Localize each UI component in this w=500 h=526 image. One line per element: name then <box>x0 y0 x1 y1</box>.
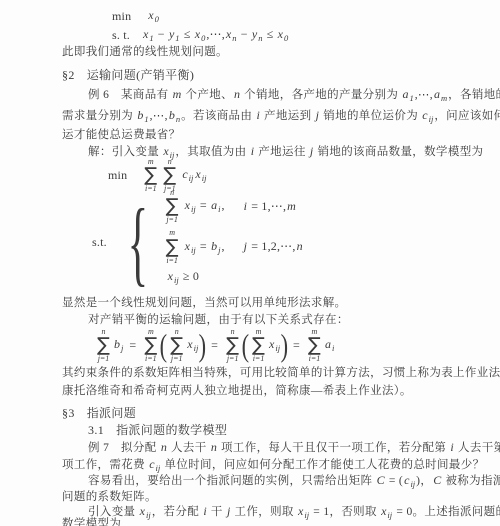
constraint-body: xij = ai, <box>184 198 225 214</box>
sigma-icon: ∑ <box>252 336 265 354</box>
index-range: i = 1,⋯,m <box>243 199 297 214</box>
objective-variable: x0 <box>147 8 160 24</box>
equals-sign: = <box>211 338 218 353</box>
sum-lower-limit: j=1 <box>166 215 178 224</box>
sum-lower-limit: i=1 <box>166 256 178 265</box>
equals-sign: = <box>129 338 136 353</box>
formula-minimax-objective: min x0 <box>112 8 160 24</box>
summation: n ∑ j=1 <box>97 327 110 363</box>
section3-heading: §3指派问题 <box>62 406 136 421</box>
summation-i: m ∑ i=1 <box>166 228 179 264</box>
example6-line3: 运才能使总运费最省？ <box>62 128 181 143</box>
balance-identity-formula: n ∑ j=1 bj = m ∑ i=1 ( n ∑ j=1 xij ) = n… <box>94 327 335 363</box>
constraint-row-demand: m ∑ i=1 xij = bj, j = 1,2,⋯,n <box>163 228 304 264</box>
min-operator: min <box>108 168 127 183</box>
section2-heading: §2运输问题(产销平衡) <box>62 68 194 83</box>
term-bj: bj <box>113 337 124 353</box>
left-paren-glyph: ( <box>160 329 168 361</box>
sigma-icon: ∑ <box>144 166 157 184</box>
subsection31-heading: 3.1指派问题的数学模型 <box>88 423 227 438</box>
sum-lower-limit: i=1 <box>145 354 157 363</box>
sigma-icon: ∑ <box>166 197 179 215</box>
table-method-line1: 其约束条件的系数矩阵相当特殊，可用比较简单的计算方法，习惯上称为表上作业法（由 <box>62 366 500 381</box>
remark-linear-programming: 此即我们通常的线性规划问题。 <box>62 45 228 60</box>
formula-minimax-constraints: s. t. x1 − y1 ≤ x0,⋯,xn − yn ≤ x0 <box>112 27 289 43</box>
summation: n ∑ j=1 <box>226 327 239 363</box>
sigma-icon: ∑ <box>226 336 239 354</box>
section3-title: 指派问题 <box>87 406 136 420</box>
section2-title: 运输问题(产销平衡) <box>87 68 195 82</box>
summation: n ∑ j=1 <box>170 327 183 363</box>
constraint-row-nonnegative: xij ≥ 0 <box>163 269 304 285</box>
assignment-variable-line1: 引入变量 xij，若分配 i 干 j 工作，则取 xij = 1，否则取 xij… <box>88 504 500 523</box>
constraint-row-supply: n ∑ j=1 xij = ai, i = 1,⋯,m <box>163 188 304 224</box>
sigma-icon: ∑ <box>308 336 321 354</box>
summation: m ∑ i=1 <box>252 327 265 363</box>
document-page: min x0 s. t. x1 − y1 ≤ x0,⋯,xn − yn ≤ x0… <box>0 0 500 526</box>
subject-to-label: s. t. <box>112 28 130 43</box>
section2-number: §2 <box>62 68 75 82</box>
sigma-icon: ∑ <box>163 166 176 184</box>
summation-j: n ∑ j=1 <box>166 188 179 224</box>
table-method-line2: 康托洛维奇和希奇柯克两人独立地提出，简称康—希表上作业法）。 <box>62 384 412 399</box>
sigma-icon: ∑ <box>166 238 179 256</box>
subsection31-title: 指派问题的数学模型 <box>116 423 227 437</box>
term-xij: xij <box>186 337 199 353</box>
left-brace-glyph: { <box>127 195 148 290</box>
constraint-body: xij ≥ 0 <box>167 269 199 285</box>
example6-line2: 需求量分别为 b1,⋯,bn。若该商品由 i 产地运到 j 销地的单位运价为 c… <box>62 108 500 127</box>
summation: m ∑ i=1 <box>308 327 321 363</box>
right-paren-glyph: ) <box>281 329 289 361</box>
sum-lower-limit: i=1 <box>253 354 265 363</box>
equals-sign: = <box>293 338 300 353</box>
assignment-variable-line2: 数学模型为 <box>62 517 121 526</box>
index-range: j = 1,2,⋯,n <box>243 239 304 254</box>
summation: m ∑ i=1 <box>144 327 157 363</box>
matrix-remark-line2: 问题的系数矩阵。 <box>62 490 157 505</box>
subject-to-label: s.t. <box>92 235 107 250</box>
sigma-icon: ∑ <box>170 336 183 354</box>
term-xij: xij <box>268 337 281 353</box>
sigma-icon: ∑ <box>97 336 110 354</box>
left-paren-glyph: ( <box>242 329 250 361</box>
example7-line1: 例 7 拟分配 n 人去干 n 项工作，每人干且仅干一项工作，若分配第 i 人去… <box>88 440 500 456</box>
section3-number: §3 <box>62 406 75 420</box>
transport-constraint-system: s.t. { n ∑ j=1 xij = ai, i = 1,⋯,m m ∑ i… <box>92 188 304 297</box>
right-paren-glyph: ) <box>199 329 207 361</box>
system-brace: { <box>115 190 161 294</box>
example6-line1: 例 6 某商品有 m 个产地、n 个销地，各产地的产量分别为 a1,⋯,am，各… <box>88 87 500 106</box>
subsection31-number: 3.1 <box>88 423 104 437</box>
sum-lower-limit: i=1 <box>309 354 321 363</box>
objective-terms: cijxij <box>181 167 207 183</box>
term-ai: ai <box>324 337 335 353</box>
sum-lower-limit: j=1 <box>227 354 239 363</box>
simplex-remark: 显然是一个线性规划问题，当然可以用单纯形法求解。 <box>62 296 346 311</box>
balance-relation-intro: 对产销平衡的运输问题，由于有以下关系式存在： <box>88 313 349 328</box>
sum-lower-limit: j=1 <box>171 354 183 363</box>
constraint-expression: x1 − y1 ≤ x0,⋯,xn − yn ≤ x0 <box>142 27 289 43</box>
sum-lower-limit: j=1 <box>98 354 110 363</box>
min-operator: min <box>112 9 131 24</box>
sigma-icon: ∑ <box>144 336 157 354</box>
constraint-body: xij = bj, <box>184 239 225 255</box>
